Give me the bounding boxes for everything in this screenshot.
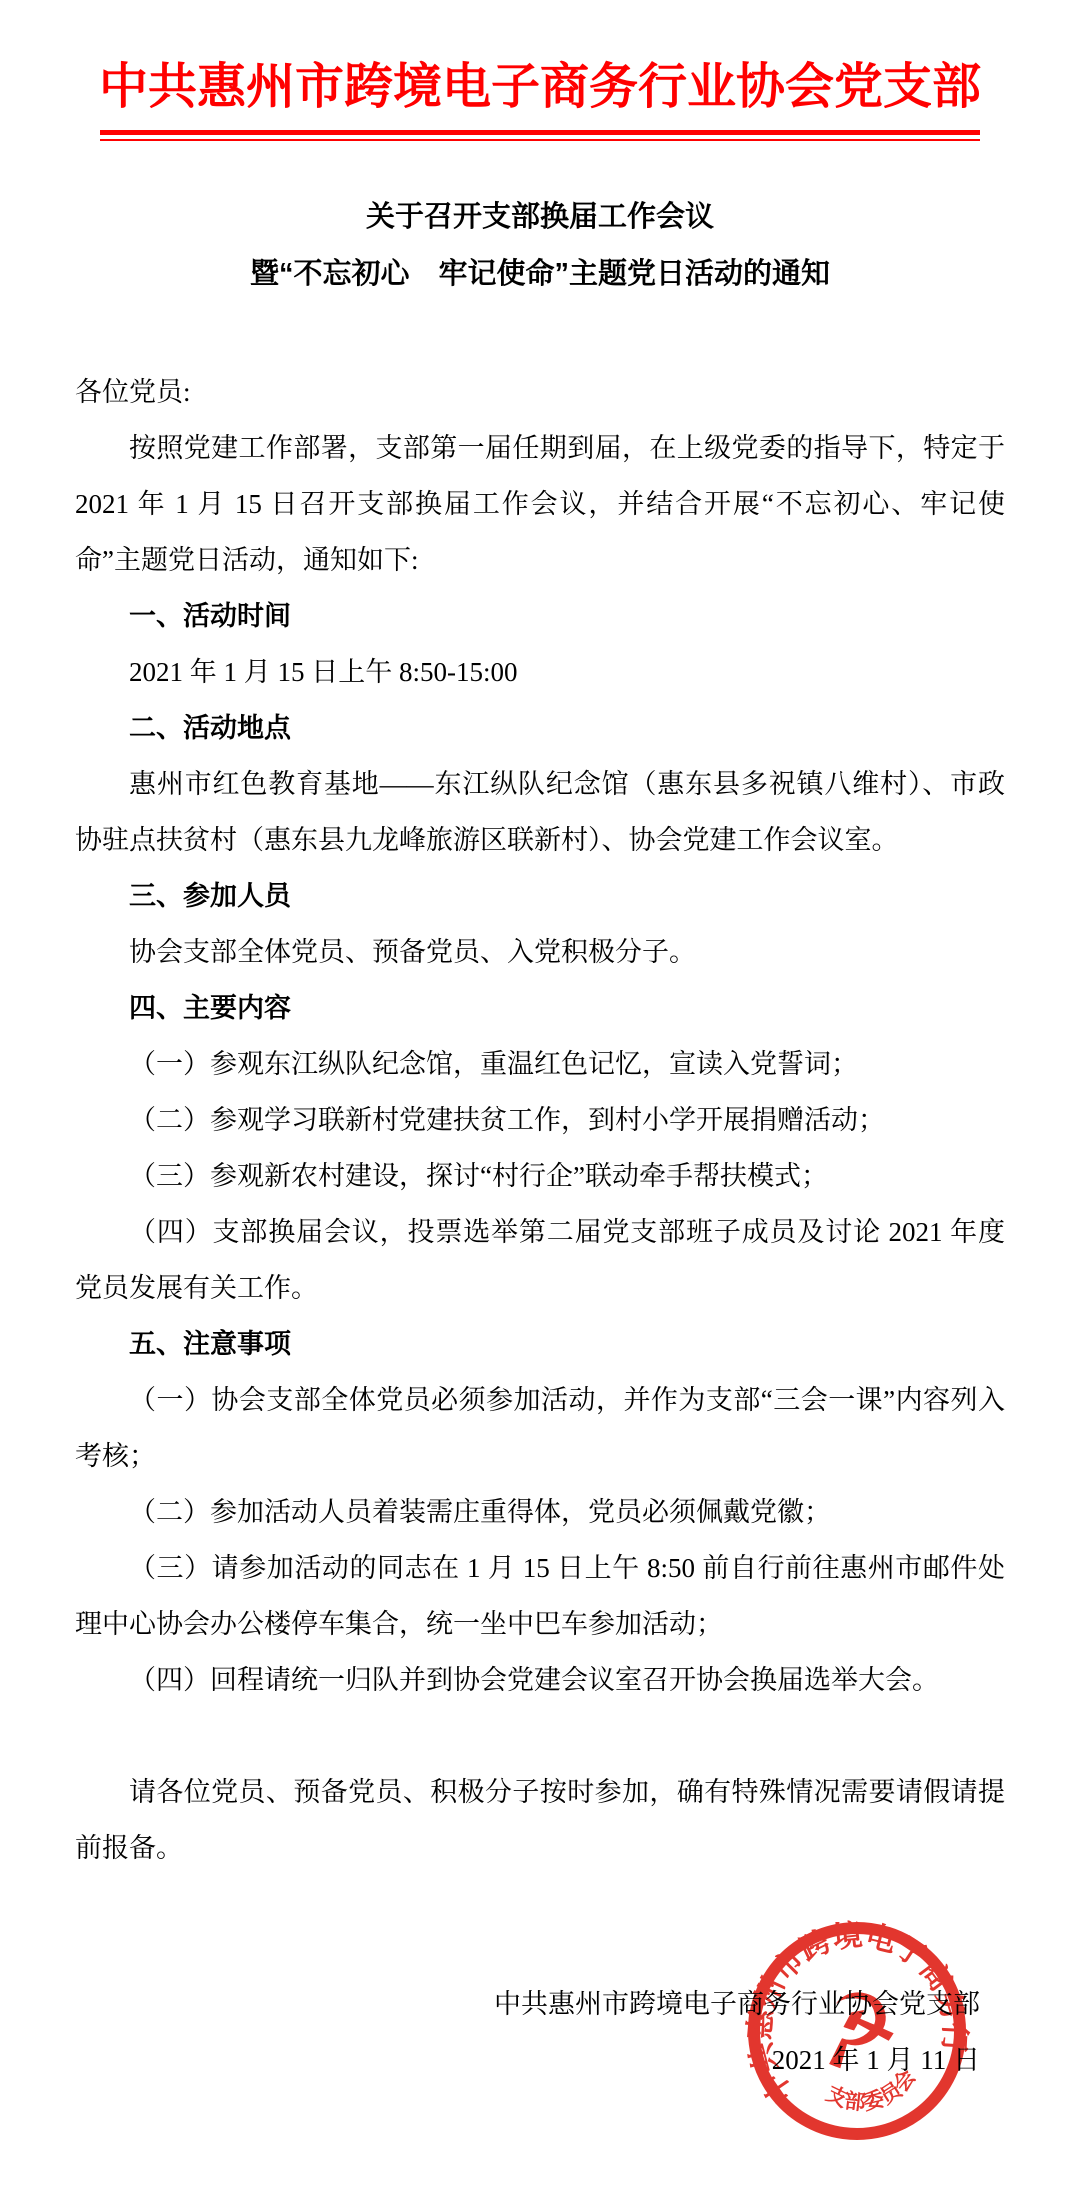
closing-paragraph: 请各位党员、预备党员、积极分子按时参加，确有特殊情况需要请假请提前报备。	[75, 1764, 1005, 1876]
salutation: 各位党员:	[75, 364, 1005, 420]
section-paragraph: （四）支部换届会议，投票选举第二届党支部班子成员及讨论 2021 年度党员发展有…	[75, 1204, 1005, 1316]
signature-date: 2021 年 1 月 11 日	[75, 2032, 980, 2088]
section-heading: 四、主要内容	[75, 980, 1005, 1036]
signature-org: 中共惠州市跨境电子商务行业协会党支部	[75, 1976, 980, 2032]
red-divider	[100, 130, 980, 141]
document-page: 中共惠州市跨境电子商务行业协会党支部 关于召开支部换届工作会议 暨“不忘初心 牢…	[0, 0, 1080, 2196]
section-paragraph: （二）参观学习联新村党建扶贫工作，到村小学开展捐赠活动；	[75, 1092, 1005, 1148]
section-paragraph: （一）协会支部全体党员必须参加活动，并作为支部“三会一课”内容列入考核；	[75, 1372, 1005, 1484]
section-paragraph: （四）回程请统一归队并到协会党建会议室召开协会换届选举大会。	[75, 1652, 1005, 1708]
section-heading: 五、注意事项	[75, 1316, 1005, 1372]
section-paragraph: （一）参观东江纵队纪念馆，重温红色记忆，宣读入党誓词；	[75, 1036, 1005, 1092]
document-title-line1: 关于召开支部换届工作会议	[0, 197, 1080, 237]
section-paragraph: 2021 年 1 月 15 日上午 8:50-15:00	[75, 644, 1005, 700]
red-divider-thin-line	[100, 139, 980, 141]
document-title-line2: 暨“不忘初心 牢记使命”主题党日活动的通知	[0, 254, 1080, 294]
section-paragraph: 惠州市红色教育基地——东江纵队纪念馆（惠东县多祝镇八维村）、市政协驻点扶贫村（惠…	[75, 756, 1005, 868]
section-paragraph: （三）参观新农村建设，探讨“村行企”联动牵手帮扶模式；	[75, 1148, 1005, 1204]
section-heading: 三、参加人员	[75, 868, 1005, 924]
intro-paragraph: 按照党建工作部署，支部第一届任期到届，在上级党委的指导下，特定于 2021 年 …	[75, 420, 1005, 588]
document-body: 各位党员: 按照党建工作部署，支部第一届任期到届，在上级党委的指导下，特定于 2…	[75, 364, 1005, 2088]
section-paragraph: 协会支部全体党员、预备党员、入党积极分子。	[75, 924, 1005, 980]
sections-container: 一、活动时间2021 年 1 月 15 日上午 8:50-15:00二、活动地点…	[75, 588, 1005, 1708]
section-paragraph: （三）请参加活动的同志在 1 月 15 日上午 8:50 前自行前往惠州市邮件处…	[75, 1540, 1005, 1652]
red-divider-thick-line	[100, 130, 980, 135]
document-title: 关于召开支部换届工作会议 暨“不忘初心 牢记使命”主题党日活动的通知	[0, 197, 1080, 294]
section-heading: 一、活动时间	[75, 588, 1005, 644]
section-heading: 二、活动地点	[75, 700, 1005, 756]
document-header-org: 中共惠州市跨境电子商务行业协会党支部	[70, 56, 1010, 118]
section-paragraph: （二）参加活动人员着装需庄重得体，党员必须佩戴党徽；	[75, 1484, 1005, 1540]
